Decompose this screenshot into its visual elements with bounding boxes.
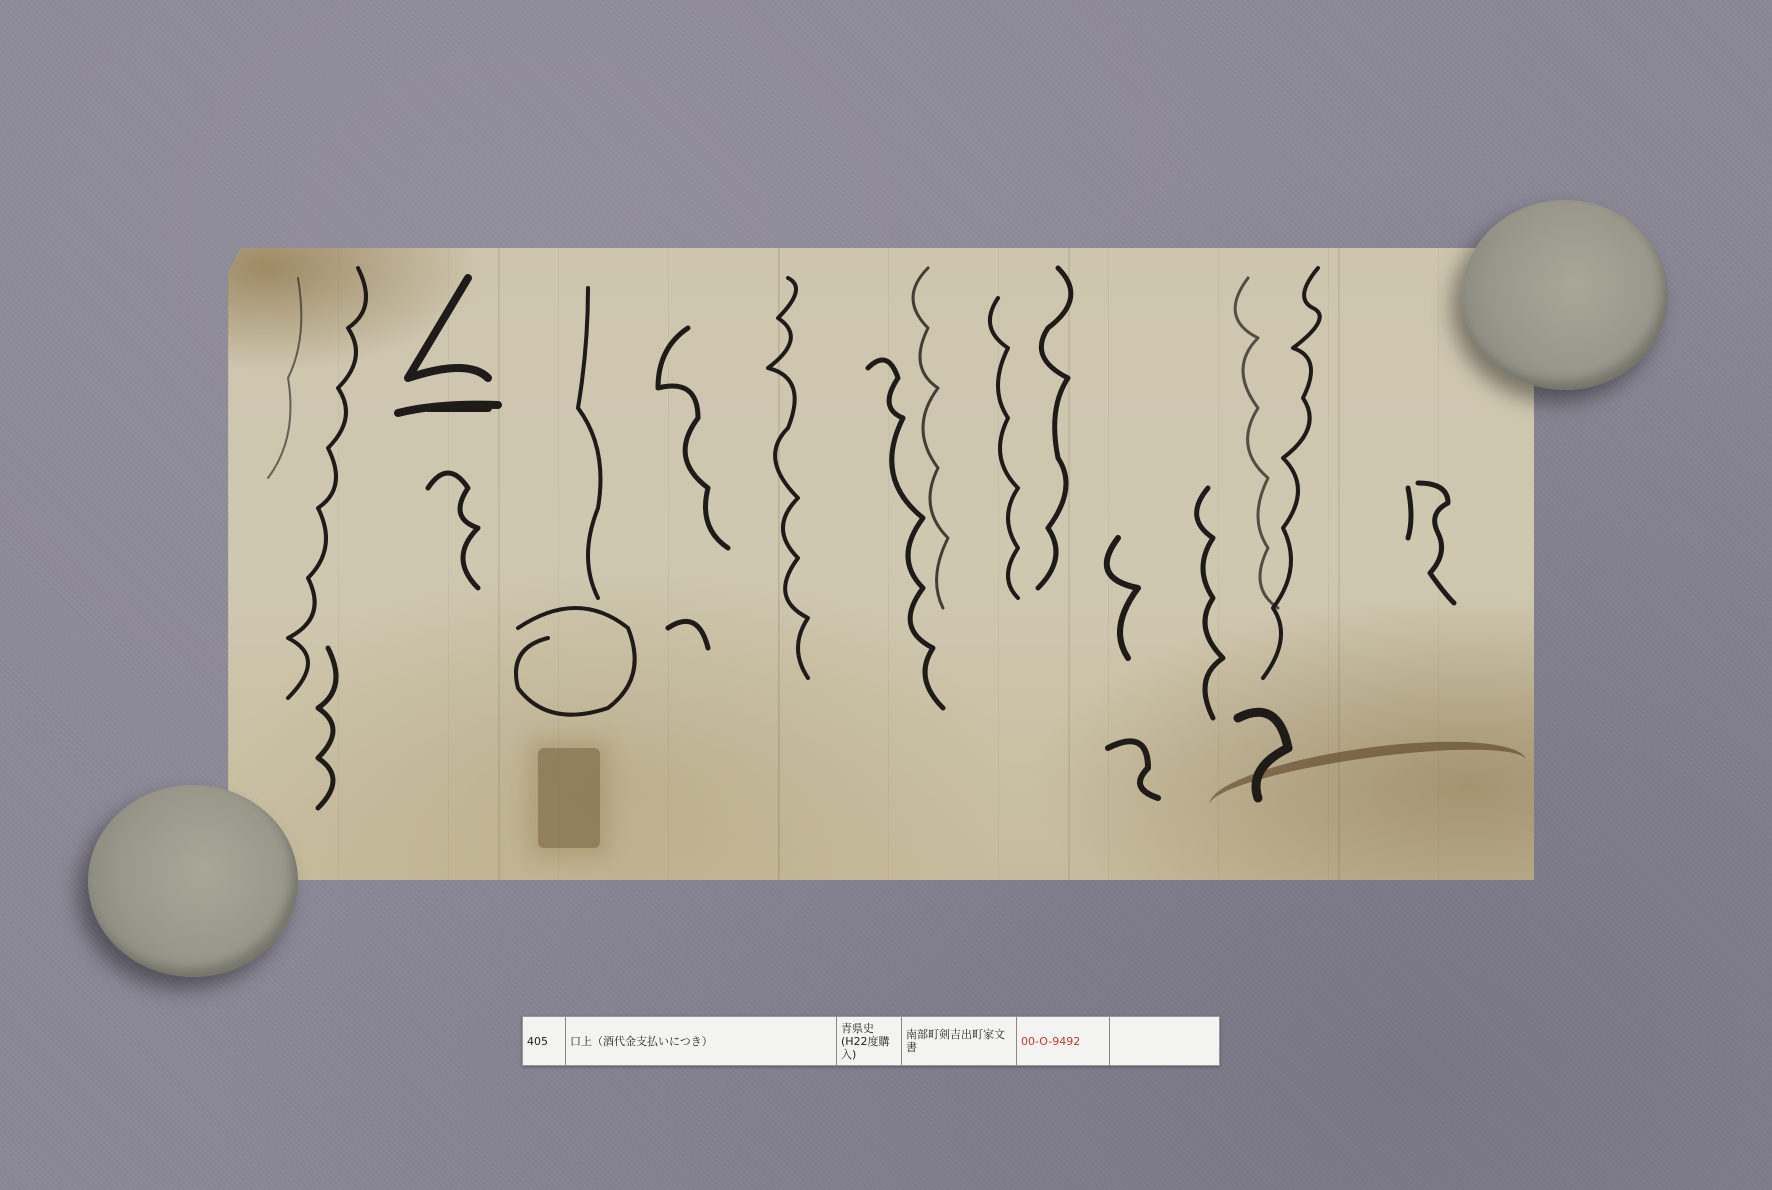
label-notes (1110, 1017, 1219, 1065)
label-title: 口上（酒代金支払いにつき） (566, 1017, 837, 1065)
historical-document (228, 248, 1534, 880)
catalog-label: 405 口上（酒代金支払いにつき） 青県史(H22度購入) 南部町剣吉出町家文書… (522, 1016, 1220, 1066)
felt-weight-top-right (1462, 200, 1668, 390)
label-catalog-id: 00-O-9492 (1017, 1017, 1110, 1065)
label-collection: 南部町剣吉出町家文書 (902, 1017, 1017, 1065)
label-source: 青県史(H22度購入) (837, 1017, 902, 1065)
felt-weight-bottom-left (88, 785, 298, 977)
calligraphy-text (228, 248, 1534, 880)
label-number: 405 (523, 1017, 566, 1065)
